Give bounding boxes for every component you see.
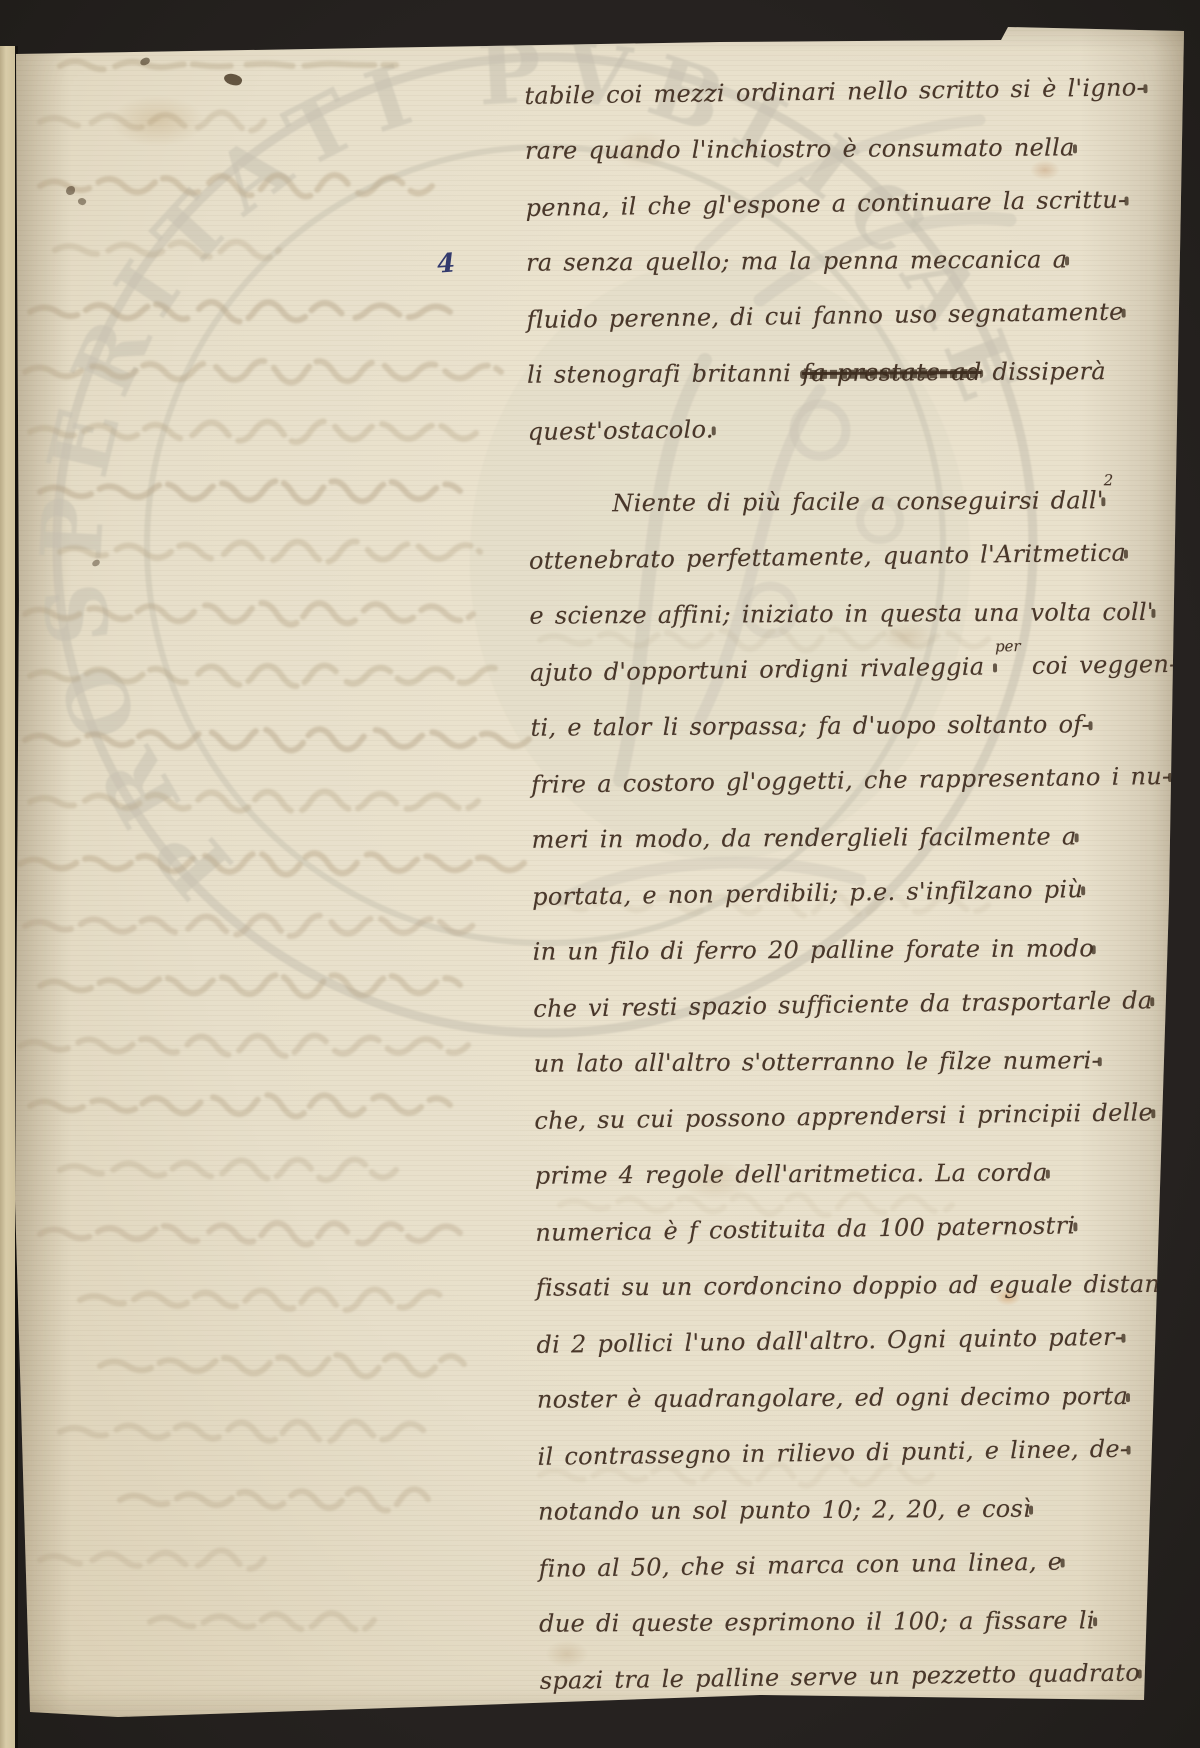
manuscript-line: ti, e talor li sorpassa; fa d'uopo solta… — [530, 690, 1090, 749]
manuscript-line: rare quando l'inchiostro è consumato nel… — [525, 113, 1085, 172]
manuscript-line: fino al 50, che si marca con una linea, … — [538, 1527, 1099, 1591]
manuscript-line: numerica è f costituita da 100 paternost… — [535, 1191, 1096, 1255]
stain — [610, 130, 674, 170]
manuscript-line: quest'ostacolo. — [527, 390, 1088, 454]
manuscript-line: frire a costoro gl'oggetti, che rapprese… — [531, 743, 1092, 807]
marginal-number-2: 2 — [1104, 471, 1114, 489]
ink-fleck — [77, 196, 87, 206]
stain — [1030, 160, 1060, 180]
manuscript-line: di 2 pollici l'uno dall'altro. Ogni quin… — [536, 1303, 1097, 1367]
manuscript-line: tabile coi mezzi ordinari nello scritto … — [524, 54, 1085, 118]
interlinear-insertion: per — [995, 637, 1021, 655]
manuscript-line: due di queste esprimono il 100; a fissar… — [539, 1586, 1099, 1645]
manuscript-page: PROSPERITATI PVBLICAE — [0, 0, 1200, 1748]
binding-leaf-edge — [0, 46, 18, 1748]
archivist-page-number: 4 — [436, 248, 456, 279]
stain — [110, 95, 205, 147]
stain — [880, 620, 935, 652]
manuscript-line: spazi tra le palline serve un pezzetto q… — [539, 1639, 1100, 1703]
manuscript-line: notando un sol punto 10; 2, 20, e così — [538, 1474, 1098, 1533]
manuscript-line: ra senza quello; ma la penna meccanica a — [526, 225, 1086, 284]
bleedthrough-texture — [0, 0, 1200, 1748]
struck-out-text: fa prestate ad — [802, 358, 982, 387]
manuscript-line: meri in modo, da renderglieli facilmente… — [531, 802, 1091, 861]
stain — [995, 1288, 1021, 1306]
manuscript-text: tabile coi mezzi ordinari nello scritto … — [524, 55, 1100, 1701]
manuscript-line: e scienze affini; iniziato in questa una… — [529, 578, 1089, 637]
stamp-rings — [57, 57, 1033, 1033]
stamp-arc-text: PROSPERITATI PVBLICAE — [21, 21, 1046, 917]
manuscript-line: ottenebrato perfettamente, quanto l'Arit… — [528, 519, 1089, 583]
manuscript-line: fluido perenne, di cui fanno uso segnata… — [526, 278, 1087, 342]
manuscript-line: un lato all'altro s'otterranno le filze … — [534, 1026, 1094, 1085]
ink-fleck — [91, 559, 101, 567]
manuscript-line: il contrassegno in rilievo di punti, e l… — [537, 1415, 1098, 1479]
ink-fleck — [139, 57, 150, 66]
manuscript-line: noster è quadrangolare, ed ogni decimo p… — [537, 1362, 1097, 1421]
library-stamp-watermark: PROSPERITATI PVBLICAE — [0, 0, 1200, 1748]
ink-fleck — [223, 71, 244, 87]
manuscript-line: prime 4 regole dell'aritmetica. La corda — [535, 1138, 1095, 1197]
manuscript-line-with-insertion: ajuto d'opportuni ordigni rivaleggia per… — [530, 631, 1091, 695]
manuscript-line: che vi resti spazio sufficiente da trasp… — [533, 967, 1094, 1031]
stain — [680, 1160, 750, 1202]
stamp-emblem — [470, 120, 1010, 900]
manuscript-line: che, su cui possono apprendersi i princi… — [534, 1079, 1095, 1143]
manuscript-scan: PROSPERITATI PVBLICAE — [0, 0, 1200, 1748]
manuscript-line: fissati su un cordoncino doppio ad egual… — [536, 1250, 1096, 1309]
manuscript-line: portata, e non perdibili; p.e. s'infilza… — [532, 855, 1093, 919]
manuscript-line: in un filo di ferro 20 palline forate in… — [532, 914, 1092, 973]
manuscript-line-with-strikethrough: li stenografi britanni fa prestate ad di… — [527, 337, 1087, 396]
manuscript-line-paragraph-start: Niente di più facile a conseguirsi dall'… — [528, 466, 1088, 525]
manuscript-line: penna, il che gl'espone a continuare la … — [525, 166, 1086, 230]
stain — [545, 1640, 589, 1668]
ink-fleck — [66, 186, 75, 195]
